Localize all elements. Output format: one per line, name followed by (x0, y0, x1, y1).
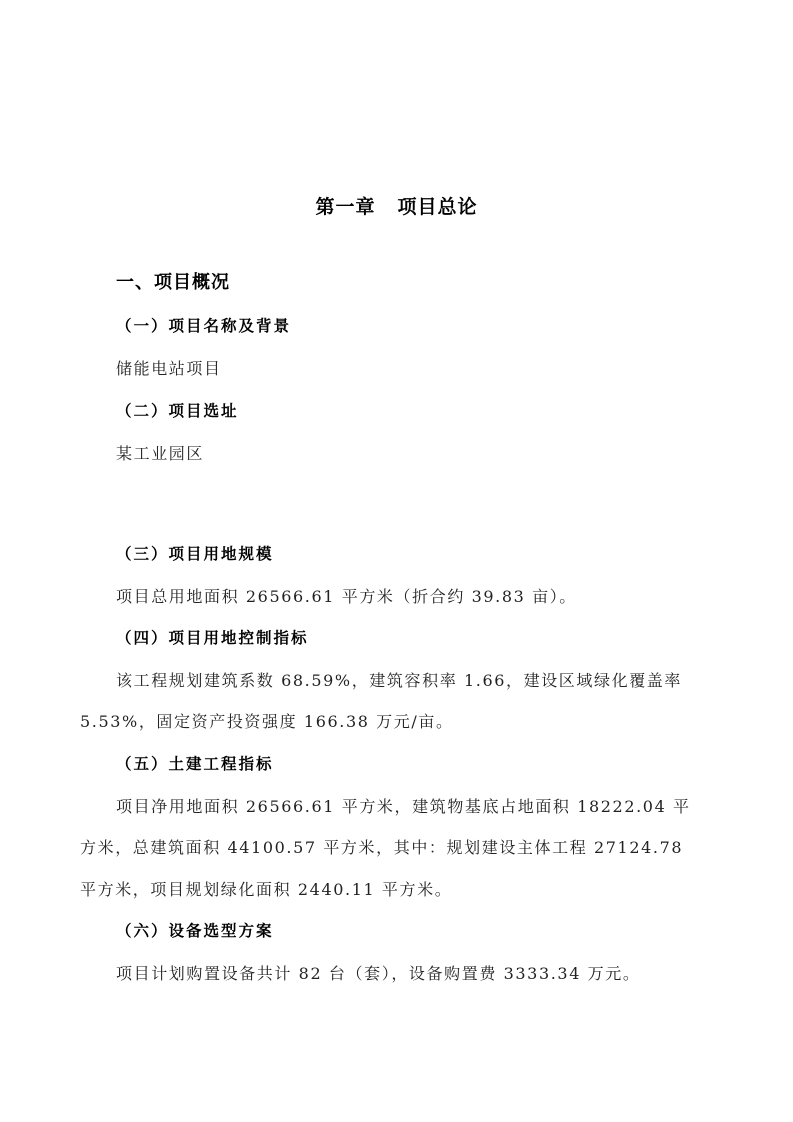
subsection-heading-3: （三）项目用地规模 (116, 542, 274, 564)
paragraph-project-site: 某工业园区 (116, 441, 204, 464)
paragraph-project-name: 储能电站项目 (116, 356, 222, 379)
paragraph-civil-line-3: 平方米，项目规划绿化面积 2440.11 平方米。 (80, 877, 452, 900)
chapter-title: 第一章项目总论 (0, 192, 793, 219)
document-page: 第一章项目总论 一、项目概况 （一）项目名称及背景 储能电站项目 （二）项目选址… (0, 0, 793, 1122)
subsection-heading-1: （一）项目名称及背景 (116, 314, 291, 336)
paragraph-civil-line-2: 方米，总建筑面积 44100.57 平方米，其中：规划建设主体工程 27124.… (80, 835, 683, 858)
section-heading: 一、项目概况 (116, 268, 230, 294)
subsection-heading-6: （六）设备选型方案 (116, 919, 274, 941)
subsection-heading-2: （二）项目选址 (116, 399, 239, 421)
paragraph-land-control-line-2: 5.53%，固定资产投资强度 166.38 万元/亩。 (80, 709, 454, 732)
paragraph-equipment: 项目计划购置设备共计 82 台（套），设备购置费 3333.34 万元。 (116, 961, 640, 984)
subsection-heading-5: （五）土建工程指标 (116, 752, 274, 774)
chapter-number: 第一章 (315, 196, 375, 218)
paragraph-land-scale: 项目总用地面积 26566.61 平方米（折合约 39.83 亩）。 (116, 584, 577, 607)
subsection-heading-4: （四）项目用地控制指标 (116, 626, 309, 648)
paragraph-civil-line-1: 项目净用地面积 26566.61 平方米，建筑物基底占地面积 18222.04 … (116, 794, 691, 817)
chapter-name: 项目总论 (398, 196, 478, 218)
paragraph-land-control-line-1: 该工程规划建筑系数 68.59%，建筑容积率 1.66，建设区域绿化覆盖率 (116, 668, 682, 691)
